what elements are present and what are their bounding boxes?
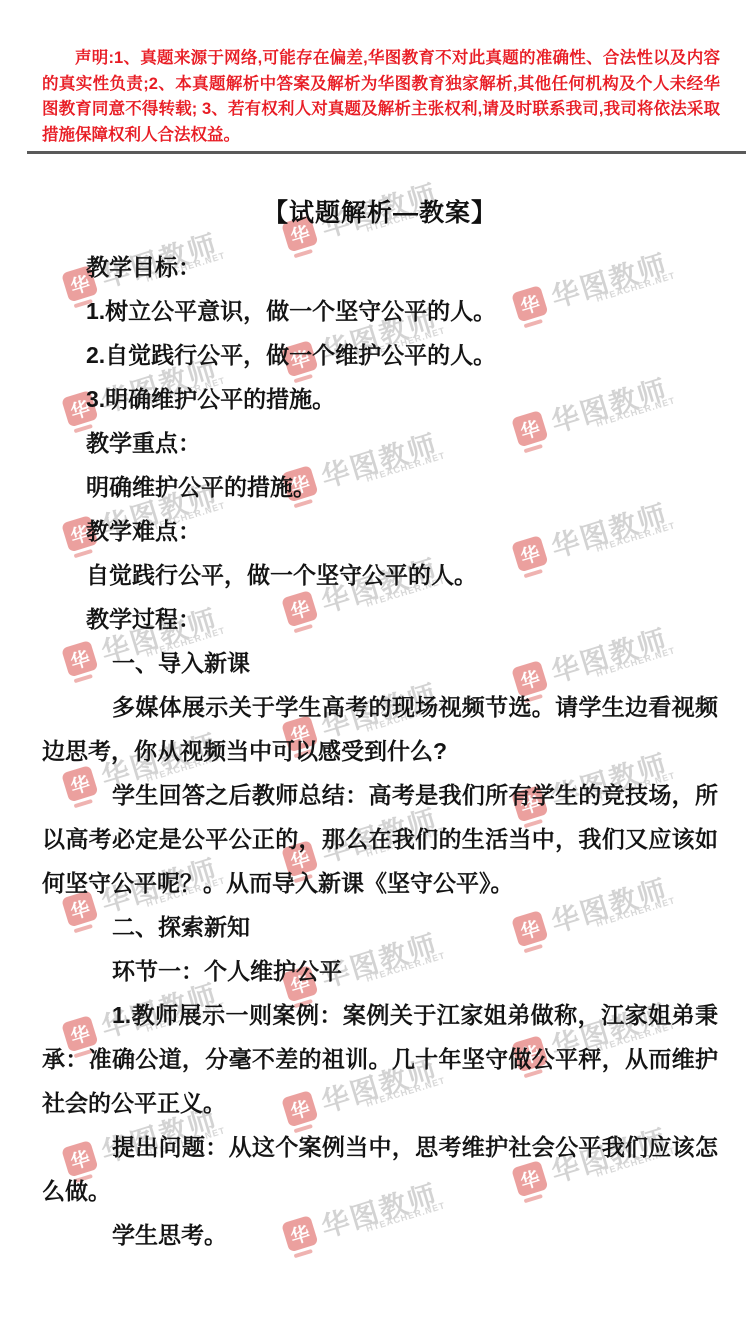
paragraph: 3.明确维护公平的措施。 [42, 377, 718, 421]
document-content: 声明:1、真题来源于网络,可能存在偏差,华图教育不对此真题的准确性、合法性以及内… [0, 0, 748, 1257]
disclaimer-text: 1、真题来源于网络,可能存在偏差,华图教育不对此真题的准确性、合法性以及内容的真… [42, 49, 720, 144]
paragraph: 2.自觉践行公平，做一个维护公平的人。 [42, 333, 718, 377]
disclaimer-label: 声明: [75, 49, 114, 67]
heading: 一、导入新课 [42, 641, 718, 685]
paragraph: 1.教师展示一则案例：案例关于江家姐弟做称，江家姐弟秉承：准确公道，分毫不差的祖… [42, 993, 718, 1125]
paragraph: 学生回答之后教师总结：高考是我们所有学生的竞技场，所以高考必定是公平公正的，那么… [42, 773, 718, 905]
page-title: 【试题解析—教案】 [42, 194, 718, 232]
heading: 环节一：个人维护公平 [42, 949, 718, 993]
paragraph: 提出问题：从这个案例当中，思考维护社会公平我们应该怎么做。 [42, 1125, 718, 1213]
paragraph: 学生思考。 [42, 1213, 718, 1257]
heading: 教学过程： [42, 597, 718, 641]
heading: 教学重点： [42, 421, 718, 465]
heading: 教学目标： [42, 245, 718, 289]
paragraph: 自觉践行公平，做一个坚守公平的人。 [42, 553, 718, 597]
heading: 二、探索新知 [42, 905, 718, 949]
divider-line [27, 151, 746, 154]
document-body: 教学目标：1.树立公平意识，做一个坚守公平的人。2.自觉践行公平，做一个维护公平… [42, 245, 718, 1257]
paragraph: 多媒体展示关于学生高考的现场视频节选。请学生边看视频边思考，你从视频当中可以感受… [42, 685, 718, 773]
disclaimer: 声明:1、真题来源于网络,可能存在偏差,华图教育不对此真题的准确性、合法性以及内… [42, 0, 720, 148]
paragraph: 明确维护公平的措施。 [42, 465, 718, 509]
paragraph: 1.树立公平意识，做一个坚守公平的人。 [42, 289, 718, 333]
heading: 教学难点： [42, 509, 718, 553]
document-page: 华华图教师HTEACHER.NET华华图教师HTEACHER.NET华华图教师H… [0, 0, 748, 1335]
